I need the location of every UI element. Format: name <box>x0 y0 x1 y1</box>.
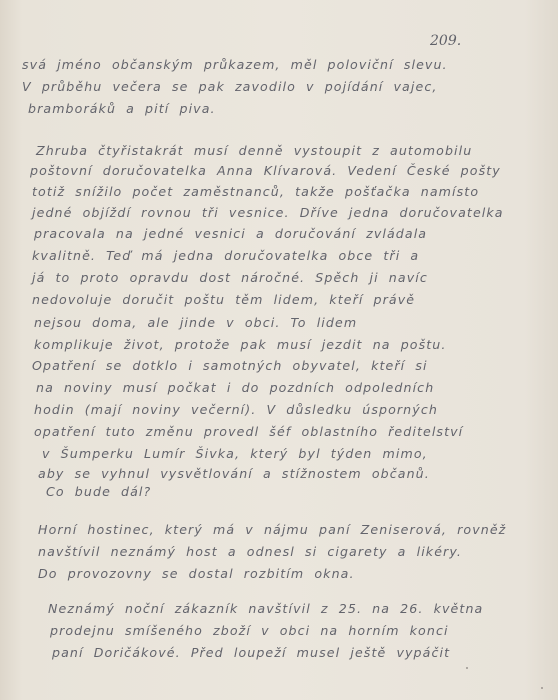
handwritten-line: Do provozovny se dostal rozbitím okna. <box>38 566 355 581</box>
handwritten-line: hodin (mají noviny večerní). V důsledku … <box>34 402 438 417</box>
handwritten-line: totiž snížilo počet zaměstnanců, takže p… <box>32 184 479 199</box>
handwritten-line: prodejnu smíšeného zboží v obci na horní… <box>50 623 449 638</box>
handwritten-line: navštívil neznámý host a odnesl si cigar… <box>38 544 462 559</box>
handwritten-line: poštovní doručovatelka Anna Klívarová. V… <box>30 163 501 178</box>
handwritten-line: opatření tuto změnu provedl šéf oblastní… <box>34 424 463 439</box>
handwritten-line: jedné objíždí rovnou tři vesnice. Dříve … <box>32 205 504 220</box>
paper-speck <box>541 687 543 689</box>
handwritten-line: V průběhu večera se pak zavodilo v pojíd… <box>22 79 437 94</box>
handwritten-line: v Šumperku Lumír Šivka, který byl týden … <box>42 446 428 461</box>
handwritten-line: paní Doričákové. Před loupeží musel ješt… <box>52 645 450 660</box>
handwritten-line: Neznámý noční zákazník navštívil z 25. n… <box>48 601 483 616</box>
handwritten-line: komplikuje život, protože pak musí jezdi… <box>34 337 446 352</box>
handwritten-line: pracovala na jedné vesnici a doručování … <box>34 226 427 241</box>
handwritten-line: Zhruba čtyřistakrát musí denně vystoupit… <box>36 143 472 158</box>
handwritten-line: na noviny musí počkat i do pozdních odpo… <box>36 380 434 395</box>
handwritten-line: Horní hostinec, který má v nájmu paní Ze… <box>38 522 506 537</box>
page-number: 209. <box>430 33 461 49</box>
handwritten-line: nejsou doma, ale jinde v obci. To lidem <box>34 315 357 330</box>
handwritten-line: Co bude dál? <box>46 484 151 499</box>
handwritten-chronicle-page: 209. svá jméno občanským průkazem, měl p… <box>0 0 558 700</box>
handwritten-line: bramboráků a pití piva. <box>28 101 216 116</box>
handwritten-line: kvalitně. Teď má jedna doručovatelka obc… <box>32 248 419 263</box>
handwritten-line: nedovoluje doručit poštu těm lidem, kteř… <box>32 292 415 307</box>
handwritten-line: aby se vyhnul vysvětlování a stížnostem … <box>38 466 430 481</box>
paper-speck <box>466 667 468 669</box>
handwritten-line: já to proto opravdu dost náročné. Spěch … <box>32 270 428 285</box>
handwritten-line: svá jméno občanským průkazem, měl polovi… <box>22 57 448 72</box>
handwritten-line: Opatření se dotklo i samotných obyvatel,… <box>32 358 428 373</box>
